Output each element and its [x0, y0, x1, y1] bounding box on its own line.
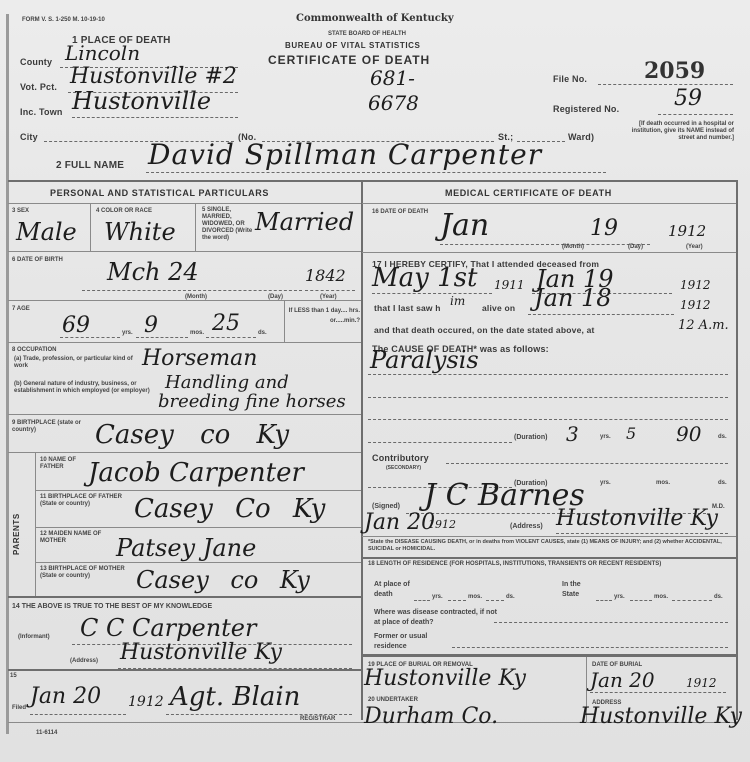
duration-ds-value[interactable]: 90	[676, 422, 701, 446]
date-of-death-label: 16 DATE OF DEATH	[372, 209, 428, 216]
burial-place-value[interactable]: Hustonville Ky	[364, 666, 526, 691]
rule	[35, 562, 361, 563]
age-days-value: 25	[212, 311, 240, 336]
institution-note: [If death occurred in a hospital or inst…	[622, 121, 734, 142]
rule	[362, 203, 736, 204]
duration-yrs-caption: yrs.	[600, 434, 611, 441]
duration-label: (Duration)	[514, 434, 547, 441]
county-label: County	[20, 57, 52, 67]
filing-number: 15	[10, 673, 17, 680]
inc-town-field[interactable]: Hustonville	[72, 105, 238, 118]
commonwealth-heading: Commonwealth of Kentucky	[296, 13, 454, 24]
rule	[362, 252, 736, 253]
mother-birthplace-value[interactable]: Casey co Ky	[136, 566, 310, 594]
death-certificate: FORM V. S. 1-250 M. 10-19-10 Commonwealt…	[0, 0, 750, 762]
signed-label: (Signed)	[372, 503, 400, 510]
undertaker-label: 20 UNDERTAKER	[368, 697, 418, 704]
dob-year-field[interactable]: 1842	[305, 284, 355, 291]
vot-pct-label: Vot. Pct.	[20, 82, 57, 92]
inc-town-label: Inc. Town	[20, 107, 63, 117]
residence-yrs-caption: yrs.	[432, 594, 443, 601]
rule	[8, 669, 361, 671]
residence-ds-caption: ds.	[506, 594, 515, 601]
contracted-label: Where was disease contracted, if not at …	[374, 608, 500, 628]
race-label: 4 COLOR OR RACE	[96, 208, 152, 215]
file-no-label: File No.	[553, 74, 587, 84]
death-day-value: 19	[590, 216, 618, 241]
cause-footnote: *State the DISEASE CAUSING DEATH, or in …	[368, 539, 730, 553]
center-divider	[361, 180, 363, 720]
residence-state-yrs-field[interactable]	[596, 598, 612, 601]
full-name-label: 2 FULL NAME	[56, 160, 124, 171]
registered-no-label: Registered No.	[553, 104, 619, 114]
residence-state-yrs-caption: yrs.	[614, 594, 625, 601]
cause-line-3[interactable]	[368, 415, 728, 420]
stamp-number-1: 681-	[370, 66, 415, 90]
right-border	[736, 180, 738, 720]
contracted-field[interactable]	[494, 620, 728, 623]
birthplace-value[interactable]: Casey co Ky	[95, 420, 289, 450]
registered-no-field[interactable]: 59	[658, 102, 733, 115]
marital-label: 5 SINGLE, MARRIED, WIDOWED, OR DIVORCED …	[202, 207, 258, 242]
death-month-value: Jan	[440, 208, 489, 243]
signed-year-value[interactable]: 1912	[428, 518, 456, 531]
last-saw-date-value: Jan 18	[534, 284, 612, 312]
former-residence-field[interactable]	[452, 645, 728, 648]
file-no-field[interactable]: 2059	[598, 72, 733, 85]
sex-value[interactable]: Male	[16, 218, 77, 246]
rule	[35, 452, 36, 596]
rule	[8, 452, 361, 453]
filed-year-value[interactable]: 1912	[128, 694, 164, 710]
cause-line-2[interactable]	[368, 393, 728, 398]
at-place-label: At place of death	[374, 580, 414, 600]
last-saw-year[interactable]: 1912	[680, 298, 711, 312]
residence-state-mos-field[interactable]	[630, 598, 652, 601]
age-months-value: 9	[144, 313, 158, 338]
mother-name-label: 12 MAIDEN NAME OF MOTHER	[40, 531, 125, 545]
age-years-value: 69	[62, 313, 90, 338]
mos-caption: mos.	[190, 330, 204, 337]
footer-code: 11-6114	[36, 730, 57, 737]
last-saw-label: that I last saw h	[374, 303, 441, 313]
age-months-field[interactable]: 9	[136, 333, 188, 338]
death-year-caption: (Year)	[686, 244, 703, 251]
left-margin-rule	[6, 14, 9, 734]
parents-side-label: PARENTS	[12, 513, 21, 555]
rule	[35, 490, 361, 491]
certificate-title: CERTIFICATE OF DEATH	[268, 53, 430, 67]
informant-value: C C Carpenter	[80, 614, 256, 642]
residence-place-ds-field[interactable]	[486, 598, 504, 601]
contrib-yrs-caption: yrs.	[600, 480, 611, 487]
rule	[8, 251, 361, 252]
residence-mos-caption: mos.	[468, 594, 482, 601]
board-heading: STATE BOARD OF HEALTH	[328, 31, 406, 38]
registered-no-value: 59	[674, 86, 702, 111]
duration-yrs-value[interactable]: 3	[566, 422, 579, 446]
secondary-label: (SECONDARY)	[386, 465, 421, 472]
residence-state-mos-caption: mos.	[654, 594, 668, 601]
informant-heading: 14 THE ABOVE IS TRUE TO THE BEST OF MY K…	[12, 603, 212, 610]
dob-field[interactable]: Mch 24	[82, 284, 302, 291]
attended-from-year[interactable]: 1911	[494, 278, 525, 292]
birthplace-label: 9 BIRTHPLACE (state or country)	[12, 420, 92, 434]
age-label: 7 AGE	[12, 306, 30, 313]
stamp-number-2: 6678	[368, 91, 419, 115]
attended-to-year[interactable]: 1912	[680, 278, 711, 292]
residence-heading: 18 LENGTH OF RESIDENCE (FOR HOSPITALS, I…	[368, 561, 730, 568]
rule	[8, 414, 361, 415]
occurred-time-value[interactable]: 12 A.m.	[678, 318, 729, 333]
rule	[284, 300, 285, 342]
rule	[90, 203, 91, 251]
death-year-value[interactable]: 1912	[668, 222, 706, 240]
duration-ds-caption: ds.	[718, 434, 727, 441]
father-birthplace-value[interactable]: Casey Co Ky	[134, 494, 325, 524]
attended-from-value: May 1st	[372, 263, 477, 293]
medical-address-value: Hustonville Ky	[556, 506, 718, 531]
inc-town-value: Hustonville	[72, 87, 211, 115]
filed-date-field[interactable]: Jan 20	[30, 710, 126, 715]
burial-year-value: 1912	[686, 676, 717, 690]
occupation-a-value[interactable]: Horseman	[142, 346, 257, 371]
alive-on-label: alive on	[482, 303, 515, 313]
vot-pct-value: Hustonville #2	[70, 64, 237, 89]
less-than-day-label: If LESS than 1 day.... hrs. or.....min.?	[288, 306, 360, 326]
city-label: City	[20, 132, 38, 142]
occupation-a-label: (a) Trade, profession, or particular kin…	[14, 356, 139, 370]
attended-from-field[interactable]: May 1st	[372, 289, 492, 294]
dob-label: 6 DATE OF BIRTH	[12, 257, 63, 264]
dob-year-value: 1842	[305, 266, 346, 285]
occupation-b-value-1[interactable]: Handling and	[165, 372, 289, 393]
duration-mos-value[interactable]: 5	[626, 424, 636, 443]
last-saw-him-value[interactable]: im	[450, 294, 465, 308]
registrar-signature-field[interactable]: Agt. Blain	[166, 710, 352, 715]
mother-name-value[interactable]: Patsey Jane	[116, 534, 256, 562]
mother-birthplace-label: 13 BIRTHPLACE OF MOTHER (State or countr…	[40, 566, 125, 580]
occupation-label: 8 OCCUPATION	[12, 347, 56, 354]
ds-caption: ds.	[258, 330, 267, 337]
undertaker-address-value[interactable]: Hustonville Ky	[580, 704, 742, 729]
medical-heading: MEDICAL CERTIFICATE OF DEATH	[445, 188, 612, 198]
occupation-b-label: (b) General nature of industry, business…	[14, 381, 162, 395]
occupation-b-value-2[interactable]: breeding fine horses	[158, 391, 346, 412]
file-no-value: 2059	[644, 58, 705, 84]
in-state-label: In the State	[562, 580, 598, 600]
contributory-label: Contributory	[372, 453, 429, 463]
sex-label: 3 SEX	[12, 208, 29, 215]
father-name-value[interactable]: Jacob Carpenter	[88, 458, 304, 488]
residence-place-mos-field[interactable]	[448, 598, 466, 601]
rule	[362, 654, 736, 657]
contributory-field[interactable]	[446, 460, 728, 464]
residence-state-ds-caption: ds.	[714, 594, 723, 601]
contrib-mos-caption: mos.	[656, 480, 670, 487]
former-residence-label: Former or usual residence	[374, 632, 450, 652]
yrs-caption: yrs.	[122, 330, 133, 337]
death-day-caption: (Day)	[628, 244, 643, 251]
filed-date-value: Jan 20	[30, 684, 101, 709]
age-days-field[interactable]: 25	[206, 333, 256, 338]
rule	[362, 536, 736, 537]
dob-month-day-value: Mch 24	[107, 258, 199, 286]
medical-address-field[interactable]: Hustonville Ky	[556, 530, 728, 534]
full-name-field[interactable]: David Spillman Carpenter	[146, 160, 606, 173]
rule	[362, 557, 736, 559]
marital-value[interactable]: Married	[255, 208, 354, 236]
filed-label: Filed	[12, 705, 26, 712]
county-value: Lincoln	[65, 41, 140, 65]
rule	[195, 203, 196, 251]
residence-state-ds-field[interactable]	[672, 598, 712, 601]
cause-field[interactable]: Paralysis	[368, 370, 728, 375]
registrar-signature: Agt. Blain	[170, 682, 300, 712]
rule	[8, 300, 361, 301]
last-saw-date-field[interactable]: Jan 18	[528, 310, 674, 315]
form-number: FORM V. S. 1-250 M. 10-19-10	[22, 17, 105, 24]
cause-value: Paralysis	[370, 346, 479, 374]
rule	[35, 527, 361, 528]
race-value[interactable]: White	[104, 218, 176, 246]
signed-date-value[interactable]: Jan 20	[364, 510, 435, 535]
rule	[8, 203, 361, 204]
header-divider	[8, 180, 738, 182]
medical-address-label: (Address)	[510, 523, 543, 530]
full-name-value: David Spillman Carpenter	[148, 138, 542, 171]
burial-date-value: Jan 20	[590, 668, 655, 692]
informant-label: (Informant)	[18, 634, 50, 641]
father-birthplace-label: 11 BIRTHPLACE OF FATHER (State or countr…	[40, 494, 130, 508]
residence-place-yrs-field[interactable]	[414, 598, 430, 601]
death-month-day-field[interactable]: Jan 19	[440, 238, 650, 245]
rule	[8, 596, 361, 598]
informant-address-value: Hustonville Ky	[120, 640, 282, 665]
burial-date-field[interactable]: Jan 20 1912	[590, 690, 726, 693]
cause-line-4[interactable]	[368, 438, 512, 443]
informant-address-label: (Address)	[70, 658, 98, 665]
personal-heading: PERSONAL AND STATISTICAL PARTICULARS	[50, 188, 269, 198]
occurred-label: and that death occured, on the date stat…	[374, 325, 595, 335]
rule	[8, 342, 361, 343]
ward-label: Ward)	[568, 132, 594, 142]
death-month-caption: (Month)	[562, 244, 584, 251]
age-years-field[interactable]: 69	[60, 333, 120, 338]
undertaker-value[interactable]: Durham Co.	[364, 704, 498, 729]
bureau-heading: BUREAU OF VITAL STATISTICS	[285, 41, 420, 50]
contrib-ds-caption: ds.	[718, 480, 727, 487]
